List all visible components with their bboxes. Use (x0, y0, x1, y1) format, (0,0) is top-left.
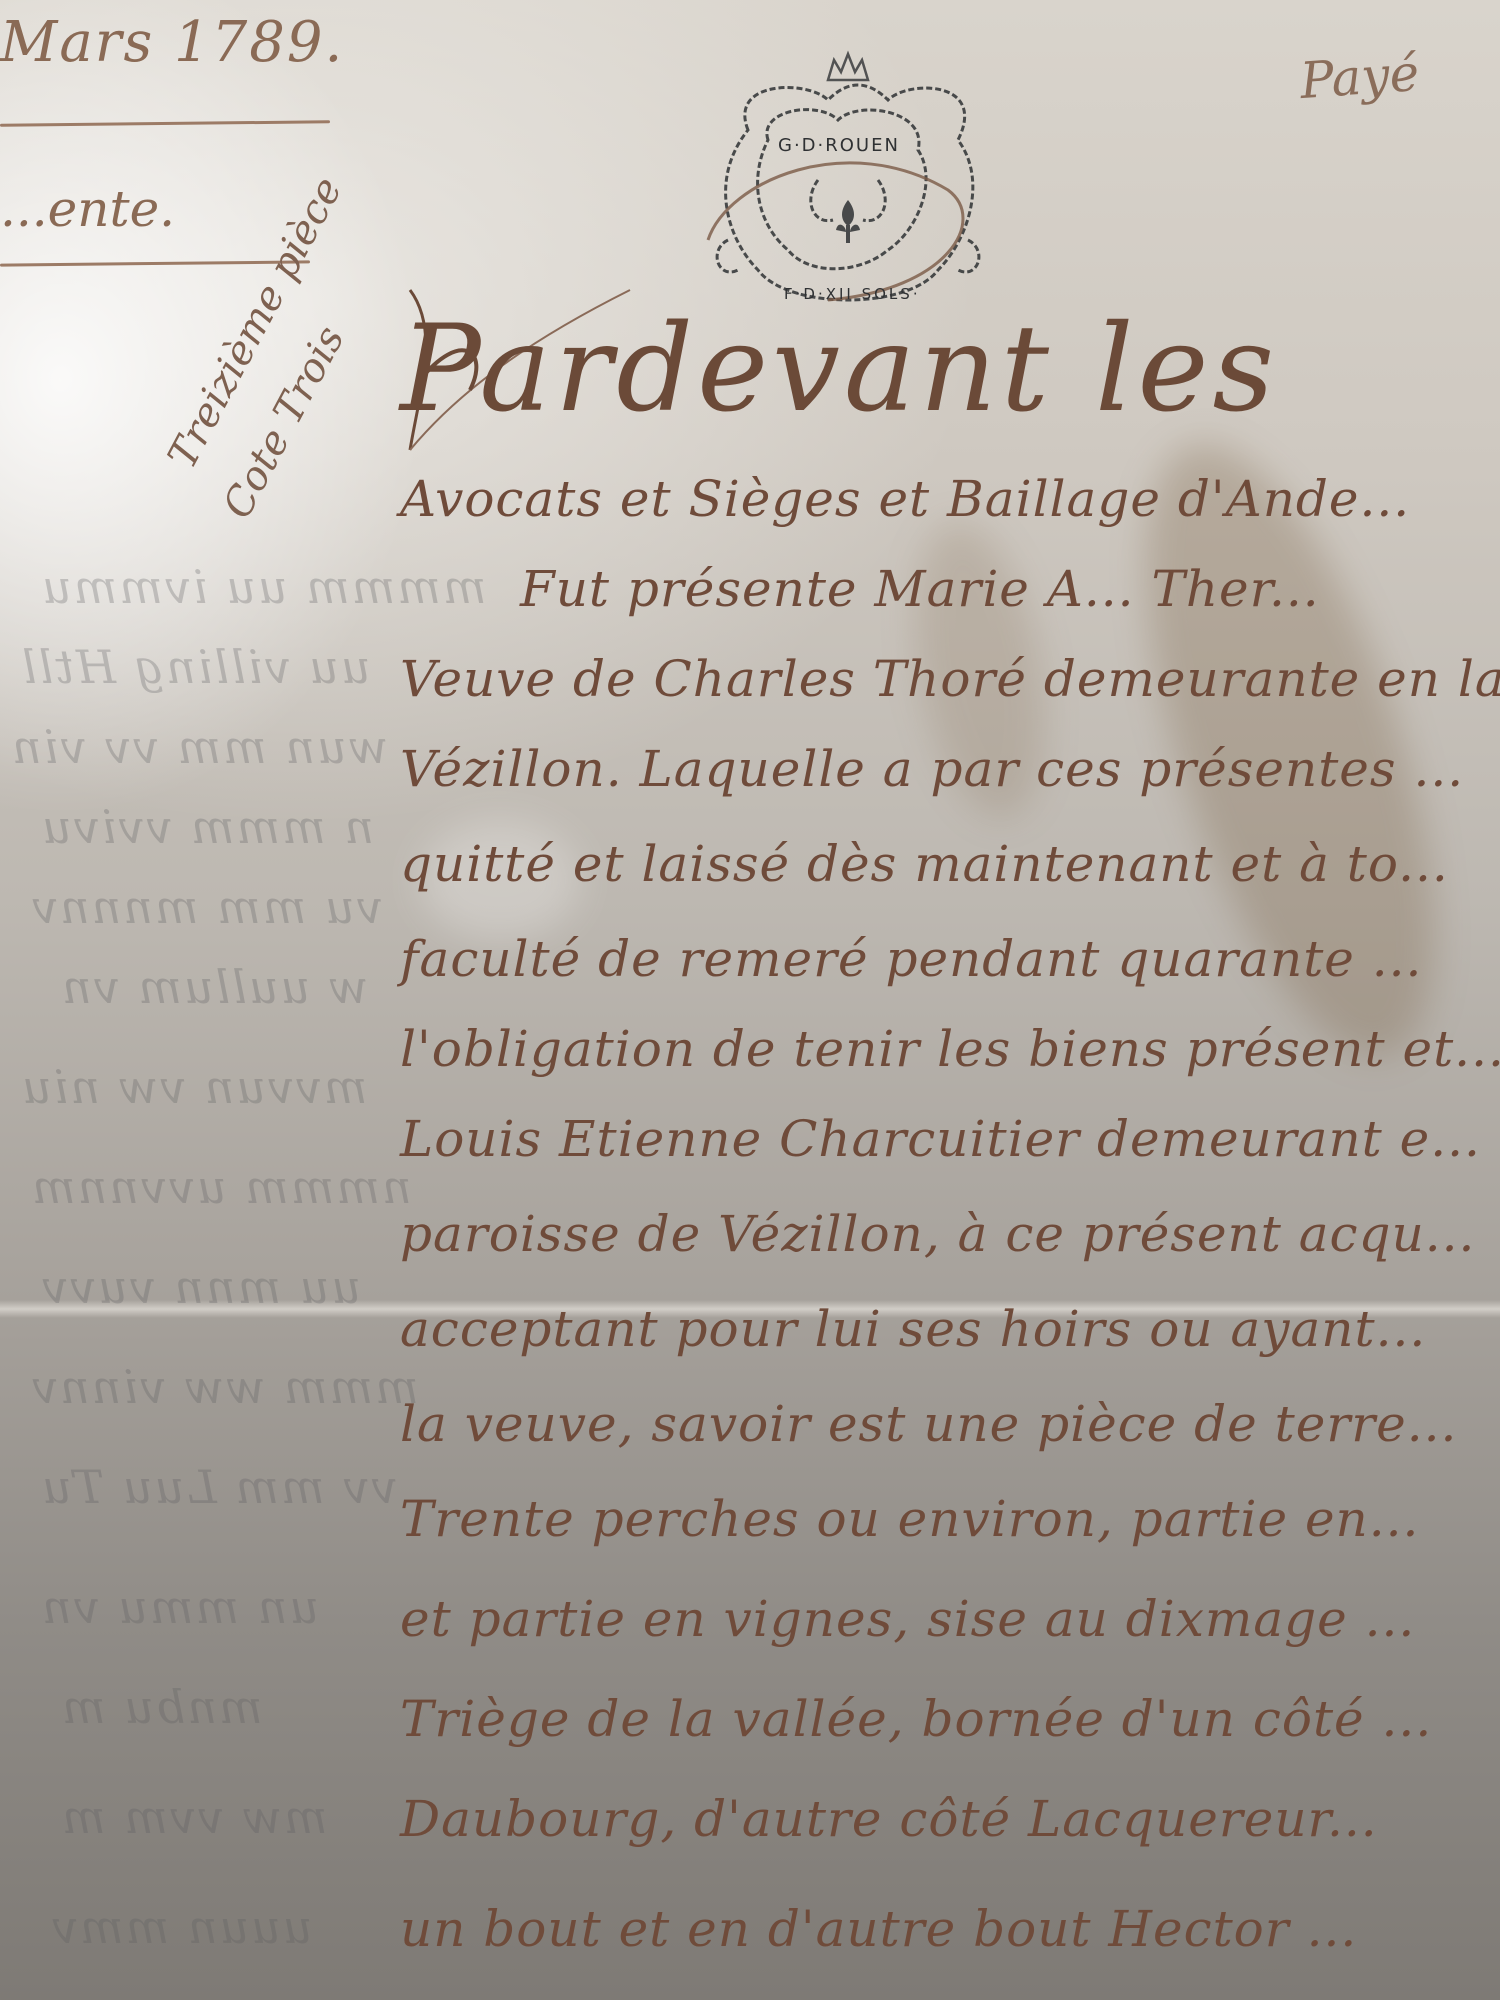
parchment-document: mmmm uu ivmmu uu villing Htll wun mm vv … (0, 0, 1500, 2000)
body-line: quitté et laissé dès maintenant et à to.… (400, 835, 1449, 893)
body-line: faculté de remeré pendant quarante ... (400, 930, 1422, 988)
body-line: l'obligation de tenir les biens présent … (400, 1020, 1500, 1078)
body-line: un bout et en d'autre bout Hector ... (400, 1900, 1357, 1958)
body-line: Triège de la vallée, bornée d'un côté ..… (400, 1690, 1432, 1748)
body-line: Fut présente Marie A... Ther... (520, 560, 1320, 618)
body-line: Louis Etienne Charcuitier demeurant e... (400, 1110, 1481, 1168)
document-body: Avocats et Sièges et Baillage d'Ande... … (0, 0, 1500, 2000)
body-line: Trente perches ou environ, partie en... (400, 1490, 1419, 1548)
body-line: paroisse de Vézillon, à ce présent acqu.… (400, 1205, 1475, 1263)
body-line: Vézillon. Laquelle a par ces présentes .… (400, 740, 1464, 798)
body-line: et partie en vignes, sise au dixmage ... (400, 1590, 1415, 1648)
body-line: Daubourg, d'autre côté Lacquereur... (400, 1790, 1378, 1848)
body-line: Avocats et Sièges et Baillage d'Ande... (400, 470, 1410, 528)
body-line: acceptant pour lui ses hoirs ou ayant... (400, 1300, 1426, 1358)
body-line: Veuve de Charles Thoré demeurante en la … (400, 650, 1500, 708)
body-line: la veuve, savoir est une pièce de terre.… (400, 1395, 1457, 1453)
